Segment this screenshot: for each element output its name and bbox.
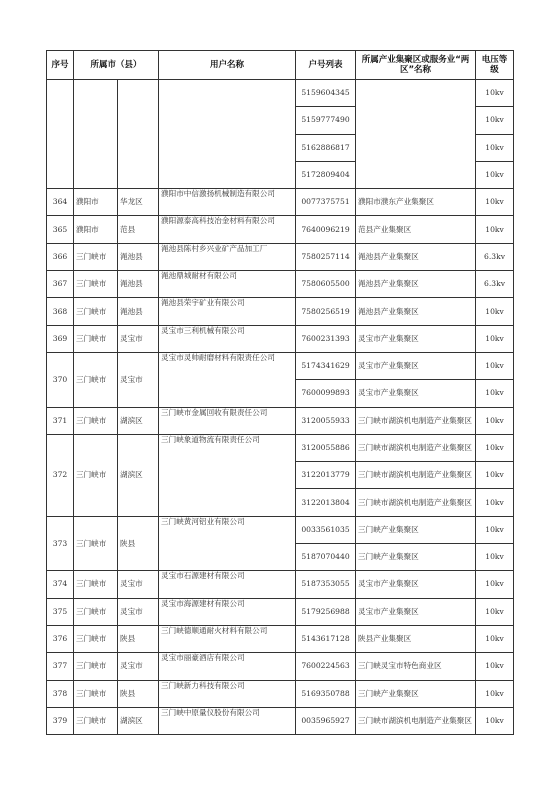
document-page: 序号 所属市（县） 用户名称 户号列表 所属产业集聚区或服务业“两区”名称 电压… [0,0,560,792]
account-cell: 7580257114 [296,243,356,270]
user-name-cell: 灵宝市石源建材有限公司 [159,571,296,598]
header-account-list: 户号列表 [296,51,356,80]
seq-cell: 376 [47,625,74,652]
city-cell: 三门峡市 [74,325,118,352]
county-cell: 湖滨区 [118,407,159,434]
seq-cell: 370 [47,352,74,407]
industry-zone-cell: 三门峡市湖滨机电制造产业集聚区 [356,407,476,434]
user-name-cell: 濮阳市中信激扬机械制造有限公司 [159,189,296,216]
account-cell: 7640096219 [296,216,356,243]
seq-cell: 369 [47,325,74,352]
county-cell: 湖滨区 [118,707,159,734]
voltage-cell: 10kv [476,598,514,625]
county-cell: 范县 [118,216,159,243]
seq-cell [47,80,74,189]
county-cell: 华龙区 [118,189,159,216]
user-name-cell: 三门峡中原量仪股份有限公司 [159,707,296,734]
seq-cell: 379 [47,707,74,734]
voltage-cell: 10kv [476,707,514,734]
voltage-cell: 10kv [476,80,514,107]
city-cell: 濮阳市 [74,189,118,216]
seq-cell: 374 [47,571,74,598]
voltage-cell: 10kv [476,107,514,134]
county-cell: 陕县 [118,516,159,571]
seq-cell: 371 [47,407,74,434]
account-cell: 5187353055 [296,571,356,598]
industry-zone-cell: 渑池县产业集聚区 [356,243,476,270]
customer-table: 序号 所属市（县） 用户名称 户号列表 所属产业集聚区或服务业“两区”名称 电压… [46,50,514,735]
county-cell: 湖滨区 [118,434,159,516]
account-cell: 3122013804 [296,489,356,516]
seq-cell: 365 [47,216,74,243]
industry-zone-cell: 三门峡产业集聚区 [356,680,476,707]
table-row: 368三门峡市渑池县渑池县荣宇矿业有限公司7580256519渑池县产业集聚区1… [47,298,514,325]
table-row: 364濮阳市华龙区濮阳市中信激扬机械制造有限公司0077375751濮阳市濮东产… [47,189,514,216]
seq-cell: 375 [47,598,74,625]
city-cell: 三门峡市 [74,243,118,270]
county-cell: 灵宝市 [118,598,159,625]
voltage-cell: 10kv [476,325,514,352]
table-row: 375三门峡市灵宝市灵宝市海源建材有限公司5179256988灵宝市产业集聚区1… [47,598,514,625]
account-cell: 0077375751 [296,189,356,216]
table-row: 370三门峡市灵宝市灵宝市灵帅耐磨材料有限责任公司5174341629灵宝市产业… [47,352,514,379]
voltage-cell: 10kv [476,489,514,516]
account-cell: 0033561035 [296,516,356,543]
city-cell [74,80,118,189]
voltage-cell: 10kv [476,544,514,571]
account-cell: 5143617128 [296,625,356,652]
seq-cell: 367 [47,271,74,298]
account-cell: 5162886817 [296,134,356,161]
table-row: 365濮阳市范县濮阳源泰高科技冶金材料有限公司7640096219范县产业集聚区… [47,216,514,243]
user-name-cell: 三门峡德顺通耐火材料有限公司 [159,625,296,652]
city-cell: 三门峡市 [74,653,118,680]
account-cell: 5172809404 [296,161,356,188]
account-cell: 5159604345 [296,80,356,107]
user-name-cell: 渑池鼎城耐材有限公司 [159,271,296,298]
header-city-county: 所属市（县） [74,51,159,80]
account-cell: 5159777490 [296,107,356,134]
industry-zone-cell: 范县产业集聚区 [356,216,476,243]
industry-zone-cell: 灵宝市产业集聚区 [356,325,476,352]
table-body: 515960434510kv515977749010kv516288681710… [47,80,514,735]
voltage-cell: 10kv [476,216,514,243]
county-cell: 灵宝市 [118,653,159,680]
account-cell: 5169350788 [296,680,356,707]
city-cell: 三门峡市 [74,271,118,298]
county-cell: 陕县 [118,625,159,652]
voltage-cell: 10kv [476,189,514,216]
account-cell: 3120055886 [296,434,356,461]
account-cell: 5179256988 [296,598,356,625]
voltage-cell: 10kv [476,680,514,707]
county-cell: 灵宝市 [118,571,159,598]
seq-cell: 368 [47,298,74,325]
account-cell: 7600231393 [296,325,356,352]
city-cell: 濮阳市 [74,216,118,243]
table-row: 515960434510kv [47,80,514,107]
city-cell: 三门峡市 [74,625,118,652]
table-row: 367三门峡市渑池县渑池鼎城耐材有限公司7580605500渑池县产业集聚区6.… [47,271,514,298]
table-row: 373三门峡市陕县三门峡黄河铝业有限公司0033561035三门峡产业集聚区10… [47,516,514,543]
account-cell: 5174341629 [296,352,356,379]
voltage-cell: 10kv [476,625,514,652]
city-cell: 三门峡市 [74,434,118,516]
seq-cell: 366 [47,243,74,270]
industry-zone-cell: 灵宝市产业集聚区 [356,598,476,625]
industry-zone-cell: 灵宝市产业集聚区 [356,380,476,407]
city-cell: 三门峡市 [74,516,118,571]
industry-zone-cell: 三门峡产业集聚区 [356,516,476,543]
city-cell: 三门峡市 [74,598,118,625]
seq-cell: 378 [47,680,74,707]
city-cell: 三门峡市 [74,298,118,325]
header-voltage: 电压等级 [476,51,514,80]
account-cell: 3122013779 [296,462,356,489]
user-name-cell [159,80,296,189]
county-cell: 陕县 [118,680,159,707]
header-industry-zone: 所属产业集聚区或服务业“两区”名称 [356,51,476,80]
county-cell: 灵宝市 [118,352,159,407]
account-cell: 0035965927 [296,707,356,734]
table-row: 372三门峡市湖滨区三门峡象道物流有限责任公司3120055886三门峡市湖滨机… [47,434,514,461]
city-cell: 三门峡市 [74,407,118,434]
table-row: 376三门峡市陕县三门峡德顺通耐火材料有限公司5143617128陕县产业集聚区… [47,625,514,652]
industry-zone-cell [356,80,476,189]
industry-zone-cell: 三门峡市湖滨机电制造产业集聚区 [356,434,476,461]
industry-zone-cell: 灵宝市产业集聚区 [356,352,476,379]
industry-zone-cell: 三门峡市湖滨机电制造产业集聚区 [356,489,476,516]
county-cell: 渑池县 [118,271,159,298]
account-cell: 7600099893 [296,380,356,407]
seq-cell: 373 [47,516,74,571]
industry-zone-cell: 三门峡灵宝市特色商业区 [356,653,476,680]
voltage-cell: 6.3kv [476,271,514,298]
account-cell: 7600224563 [296,653,356,680]
voltage-cell: 10kv [476,380,514,407]
header-user-name: 用户名称 [159,51,296,80]
seq-cell: 377 [47,653,74,680]
table-row: 377三门峡市灵宝市灵宝市丽豪酒店有限公司7600224563三门峡灵宝市特色商… [47,653,514,680]
user-name-cell: 三门峡市金属回收有限责任公司 [159,407,296,434]
industry-zone-cell: 濮阳市濮东产业集聚区 [356,189,476,216]
voltage-cell: 10kv [476,653,514,680]
city-cell: 三门峡市 [74,352,118,407]
account-cell: 7580605500 [296,271,356,298]
user-name-cell: 三门峡新力科技有限公司 [159,680,296,707]
city-cell: 三门峡市 [74,680,118,707]
county-cell: 灵宝市 [118,325,159,352]
user-name-cell: 灵宝市三利机械有限公司 [159,325,296,352]
industry-zone-cell: 渑池县产业集聚区 [356,298,476,325]
account-cell: 3120055933 [296,407,356,434]
industry-zone-cell: 三门峡市湖滨机电制造产业集聚区 [356,462,476,489]
table-row: 379三门峡市湖滨区三门峡中原量仪股份有限公司0035965927三门峡市湖滨机… [47,707,514,734]
county-cell: 渑池县 [118,298,159,325]
user-name-cell: 渑池县陈村乡兴业矿产品加工厂 [159,243,296,270]
voltage-cell: 10kv [476,161,514,188]
voltage-cell: 10kv [476,434,514,461]
city-cell: 三门峡市 [74,571,118,598]
header-row: 序号 所属市（县） 用户名称 户号列表 所属产业集聚区或服务业“两区”名称 电压… [47,51,514,80]
industry-zone-cell: 三门峡产业集聚区 [356,544,476,571]
voltage-cell: 10kv [476,516,514,543]
industry-zone-cell: 灵宝市产业集聚区 [356,571,476,598]
voltage-cell: 10kv [476,571,514,598]
user-name-cell: 灵宝市灵帅耐磨材料有限责任公司 [159,352,296,407]
user-name-cell: 灵宝市丽豪酒店有限公司 [159,653,296,680]
user-name-cell: 灵宝市海源建材有限公司 [159,598,296,625]
voltage-cell: 10kv [476,134,514,161]
table-row: 371三门峡市湖滨区三门峡市金属回收有限责任公司3120055933三门峡市湖滨… [47,407,514,434]
user-name-cell: 渑池县荣宇矿业有限公司 [159,298,296,325]
table-row: 378三门峡市陕县三门峡新力科技有限公司5169350788三门峡产业集聚区10… [47,680,514,707]
table-row: 366三门峡市渑池县渑池县陈村乡兴业矿产品加工厂7580257114渑池县产业集… [47,243,514,270]
user-name-cell: 濮阳源泰高科技冶金材料有限公司 [159,216,296,243]
voltage-cell: 10kv [476,298,514,325]
user-name-cell: 三门峡黄河铝业有限公司 [159,516,296,571]
voltage-cell: 6.3kv [476,243,514,270]
header-seq: 序号 [47,51,74,80]
county-cell: 渑池县 [118,243,159,270]
industry-zone-cell: 三门峡市湖滨机电制造产业集聚区 [356,707,476,734]
account-cell: 5187070440 [296,544,356,571]
voltage-cell: 10kv [476,462,514,489]
seq-cell: 372 [47,434,74,516]
seq-cell: 364 [47,189,74,216]
table-row: 374三门峡市灵宝市灵宝市石源建材有限公司5187353055灵宝市产业集聚区1… [47,571,514,598]
industry-zone-cell: 陕县产业集聚区 [356,625,476,652]
user-name-cell: 三门峡象道物流有限责任公司 [159,434,296,516]
voltage-cell: 10kv [476,352,514,379]
city-cell: 三门峡市 [74,707,118,734]
account-cell: 7580256519 [296,298,356,325]
industry-zone-cell: 渑池县产业集聚区 [356,271,476,298]
table-row: 369三门峡市灵宝市灵宝市三利机械有限公司7600231393灵宝市产业集聚区1… [47,325,514,352]
voltage-cell: 10kv [476,407,514,434]
county-cell [118,80,159,189]
